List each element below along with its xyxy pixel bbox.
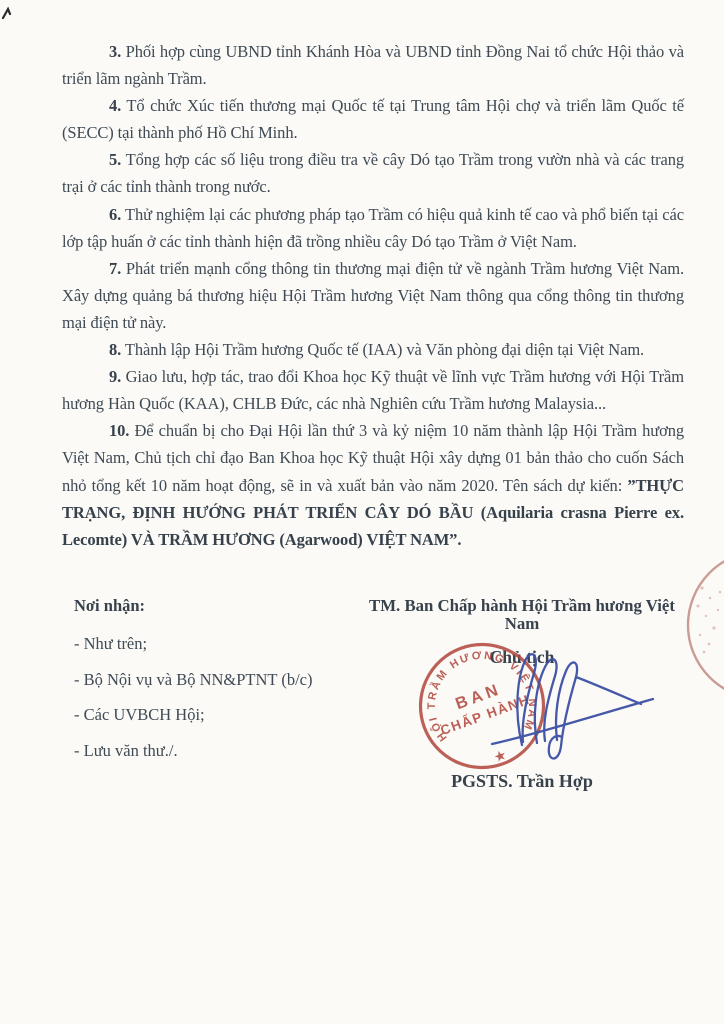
item-number: 7. bbox=[109, 259, 121, 278]
item-text: Phối hợp cùng UBND tỉnh Khánh Hòa và UBN… bbox=[62, 42, 684, 88]
document-page: 3. Phối hợp cùng UBND tỉnh Khánh Hòa và … bbox=[0, 0, 724, 1024]
list-item-3: 3. Phối hợp cùng UBND tỉnh Khánh Hòa và … bbox=[62, 38, 684, 92]
item-number: 9. bbox=[109, 367, 121, 386]
list-item-7: 7. Phát triển mạnh cổng thông tin thương… bbox=[62, 255, 684, 336]
item-number: 4. bbox=[109, 96, 121, 115]
list-item-4: 4. Tổ chức Xúc tiến thương mại Quốc tế t… bbox=[62, 92, 684, 146]
item-number: 3. bbox=[109, 42, 121, 61]
item-text: Thành lập Hội Trầm hương Quốc tế (IAA) v… bbox=[125, 340, 644, 359]
signature bbox=[430, 633, 665, 775]
recipient-item: - Lưu văn thư./. bbox=[74, 742, 312, 759]
item-number: 6. bbox=[109, 205, 121, 224]
recipients-label: Nơi nhận: bbox=[74, 597, 312, 614]
item-text: Thử nghiệm lại các phương pháp tạo Trầm … bbox=[62, 205, 684, 251]
item-number: 8. bbox=[109, 340, 121, 359]
list-item-5: 5. Tổng hợp các số liệu trong điều tra v… bbox=[62, 146, 684, 200]
item-number: 5. bbox=[109, 150, 121, 169]
recipient-item: - Bộ Nội vụ và Bộ NN&PTNT (b/c) bbox=[74, 671, 312, 688]
list-item-6: 6. Thử nghiệm lại các phương pháp tạo Tr… bbox=[62, 201, 684, 255]
recipient-item: - Như trên; bbox=[74, 635, 312, 652]
recipient-item: - Các UVBCH Hội; bbox=[74, 706, 312, 723]
book-title-species-name: Aquilaria crasna bbox=[486, 503, 607, 522]
item-text: Tổ chức Xúc tiến thương mại Quốc tế tại … bbox=[62, 96, 684, 142]
list-item-8: 8. Thành lập Hội Trầm hương Quốc tế (IAA… bbox=[62, 336, 684, 363]
item-text: Giao lưu, hợp tác, trao đổi Khoa học Kỹ … bbox=[62, 367, 684, 413]
list-item-9: 9. Giao lưu, hợp tác, trao đổi Khoa học … bbox=[62, 363, 684, 417]
list-item-10: 10. Để chuẩn bị cho Đại Hội lần thứ 3 và… bbox=[62, 417, 684, 552]
partial-stamp-edge bbox=[676, 540, 724, 720]
recipients-block: Nơi nhận: - Như trên; - Bộ Nội vụ và Bộ … bbox=[74, 597, 312, 777]
document-body: 3. Phối hợp cùng UBND tỉnh Khánh Hòa và … bbox=[62, 38, 684, 553]
scan-artifact-corner-mark bbox=[0, 5, 16, 25]
item-text: Phát triển mạnh cổng thông tin thương mạ… bbox=[62, 259, 684, 332]
item-text: Để chuẩn bị cho Đại Hội lần thứ 3 và kỷ … bbox=[62, 421, 684, 494]
item-text: Tổng hợp các số liệu trong điều tra về c… bbox=[62, 150, 684, 196]
item-number: 10. bbox=[109, 421, 129, 440]
